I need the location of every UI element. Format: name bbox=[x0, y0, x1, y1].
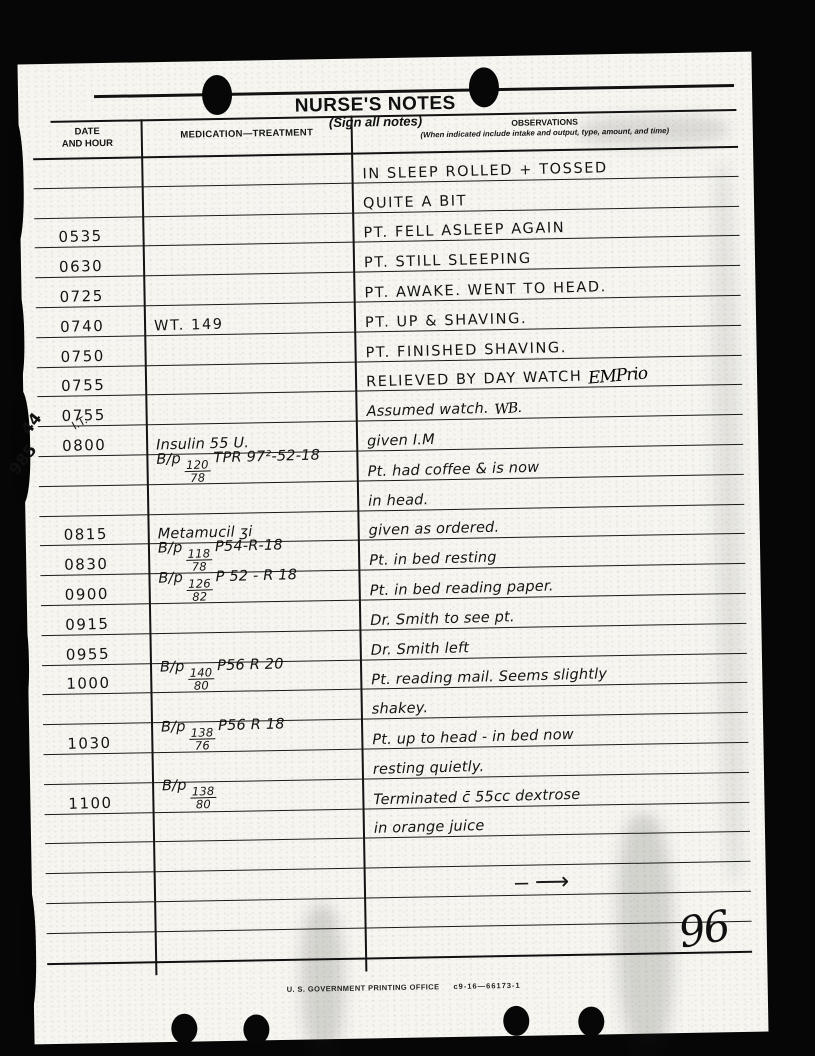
notes-table: IN SLEEP ROLLED + TOSSED QUITE A BIT 053… bbox=[33, 147, 752, 965]
date-cell: 0755 bbox=[38, 406, 147, 426]
scanned-page: 44 985 NURSE'S NOTES (Sign all notes) DA… bbox=[0, 0, 815, 1056]
date-cell: 0755 bbox=[37, 377, 146, 397]
column-header-medication: MEDICATION—TREATMENT bbox=[142, 127, 352, 142]
nurse-signature: EMPrio bbox=[588, 364, 649, 389]
page-number: 96 bbox=[675, 901, 732, 958]
nurse-initials: WB. bbox=[494, 400, 521, 418]
medication-cell: WT. 149 bbox=[145, 313, 355, 335]
bp-fraction: 14080 bbox=[188, 666, 215, 692]
printer-imprint: U. S. GOVERNMENT PRINTING OFFICEc9-16—66… bbox=[204, 979, 604, 995]
punch-hole bbox=[171, 1013, 198, 1043]
form-code: c9-16—66173-1 bbox=[453, 981, 520, 991]
date-cell: 0725 bbox=[35, 287, 144, 307]
date-cell: 0815 bbox=[40, 526, 149, 546]
scan-edge-blob bbox=[6, 119, 24, 244]
observations-label: OBSERVATIONS bbox=[511, 117, 578, 128]
date-cell: 0900 bbox=[41, 585, 150, 605]
handwritten-arrow: – ⟶ bbox=[515, 868, 570, 896]
bp-fraction: 13876 bbox=[189, 726, 216, 752]
date-cell bbox=[47, 961, 156, 963]
punch-hole bbox=[503, 1006, 530, 1036]
punch-hole bbox=[243, 1014, 270, 1044]
paper-sheet: NURSE'S NOTES (Sign all notes) DATE AND … bbox=[18, 52, 769, 1045]
date-cell: I.T.0800 bbox=[38, 436, 147, 456]
date-cell: 1030 bbox=[43, 734, 152, 754]
medication-cell: B/p13880 bbox=[153, 774, 364, 812]
date-cell: 0740 bbox=[36, 317, 145, 337]
date-cell: 1100 bbox=[44, 794, 153, 814]
bp-fraction: 13880 bbox=[190, 785, 217, 811]
column-header-date: DATE AND HOUR bbox=[33, 125, 142, 151]
medication-cell: B/p12682P 52 - R 18 bbox=[149, 565, 360, 603]
bp-fraction: 12682 bbox=[186, 577, 213, 603]
date-cell: 0630 bbox=[35, 257, 144, 277]
medication-cell: B/p14080P56 R 20 bbox=[151, 655, 362, 693]
scan-edge-blob bbox=[10, 289, 25, 384]
medication-cell: B/p12078TPR 97²-52-18 bbox=[147, 446, 358, 484]
date-cell: 0830 bbox=[40, 555, 149, 575]
date-cell: 0535 bbox=[34, 228, 143, 248]
date-cell: 0750 bbox=[36, 347, 145, 367]
scan-edge-blob bbox=[20, 884, 37, 1014]
date-cell: 0955 bbox=[42, 645, 151, 665]
date-cell: 0915 bbox=[41, 615, 150, 635]
punch-hole bbox=[578, 1006, 605, 1036]
medication-cell: B/p13876P56 R 18 bbox=[152, 714, 363, 752]
scan-edge-blob bbox=[17, 619, 29, 704]
bp-fraction: 12078 bbox=[184, 458, 211, 484]
date-cell: 1000 bbox=[42, 675, 151, 695]
